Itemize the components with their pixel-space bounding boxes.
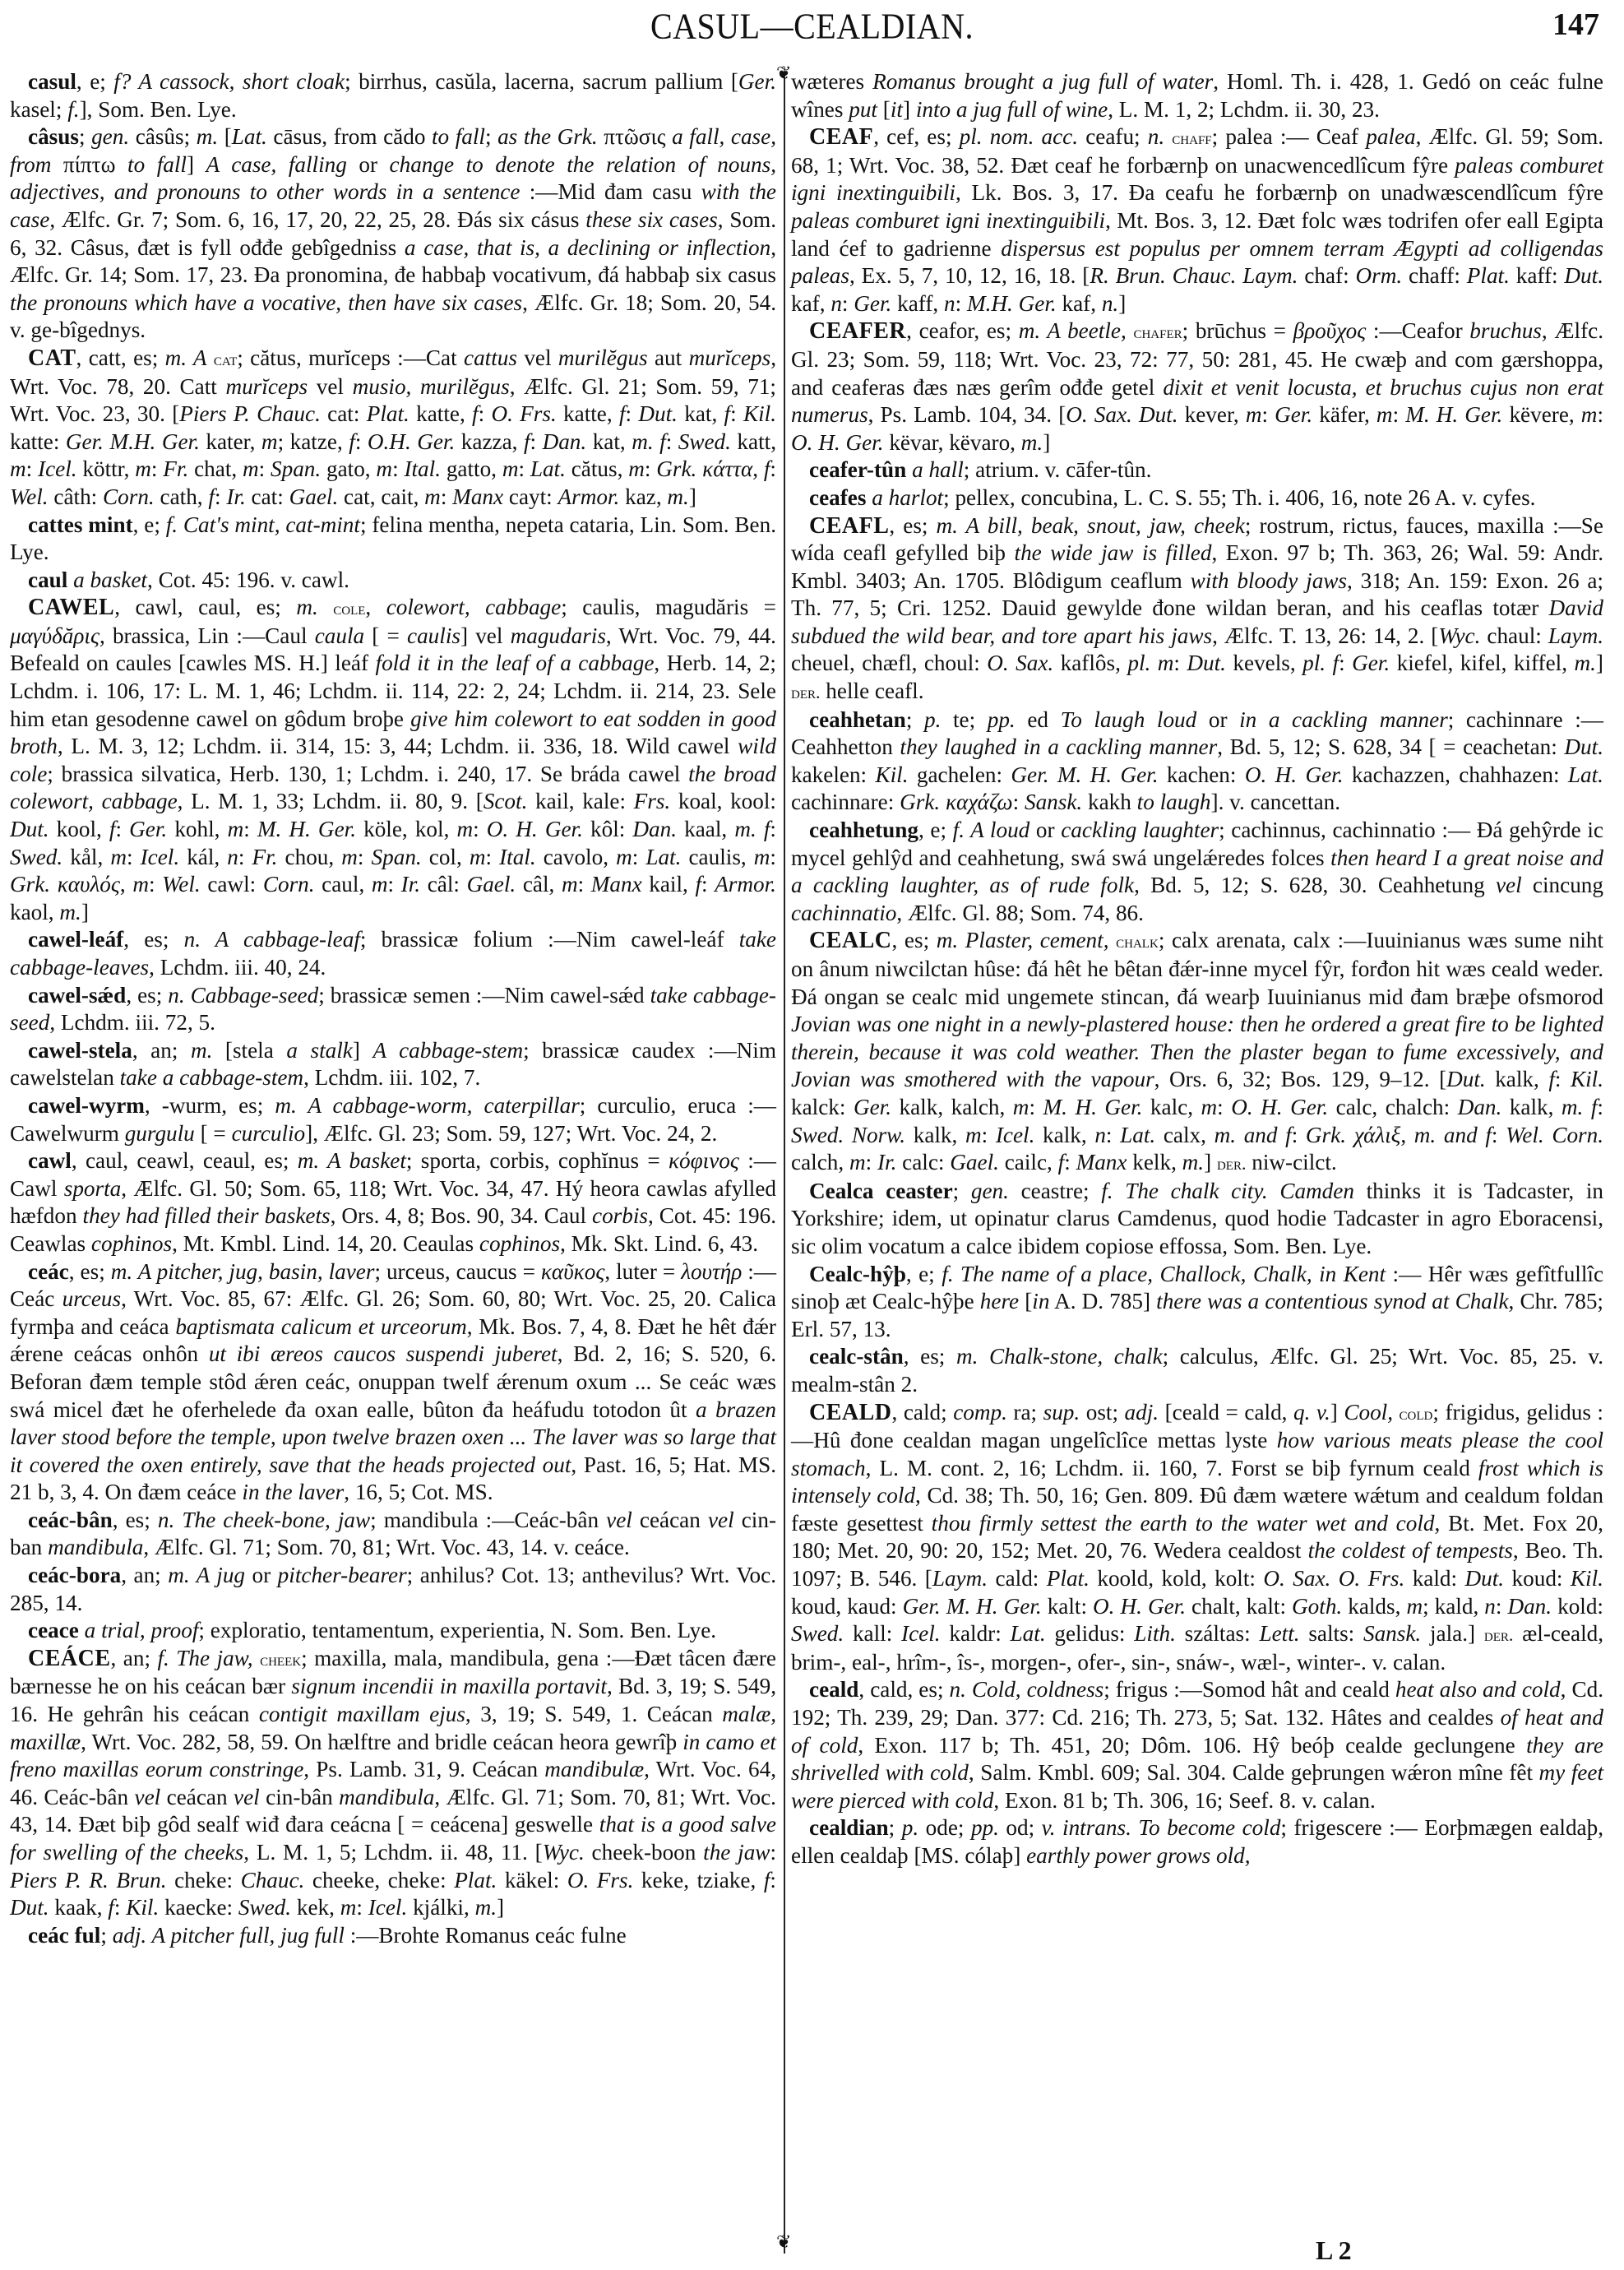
dictionary-entry-casus: câsus; gen. câsûs; m. [Lat. cāsus, from …: [10, 123, 776, 345]
dictionary-entry-cealc: CEALC, es; m. Plaster, cement, chalk; ca…: [791, 927, 1603, 1177]
column-divider: [784, 74, 785, 2254]
dictionary-entry-cawl: cawl, caul, ceawl, ceaul, es; m. A baske…: [10, 1147, 776, 1258]
dictionary-entry-ceace: CEÁCE, an; f. The jaw, cheek; maxilla, m…: [10, 1645, 776, 1922]
dictionary-entry-ceac: ceác, es; m. A pitcher, jug, basin, lave…: [10, 1258, 776, 1507]
running-title: CASUL—CEALDIAN.: [0, 5, 1624, 48]
headword: Cealc-hŷþ: [809, 1262, 906, 1286]
left-column: casul, e; f? A cassock, short cloak; bir…: [10, 68, 776, 1949]
headword: cawel-wyrm: [28, 1093, 145, 1118]
dictionary-entry-cat: CAT, catt, es; m. A cat; cătus, murĭceps…: [10, 345, 776, 512]
dictionary-entry-ceaf: CEAF, cef, es; pl. nom. acc. ceafu; n. c…: [791, 123, 1603, 317]
dictionary-entry-cealdian: cealdian; p. ode; pp. od; v. intrans. To…: [791, 1814, 1603, 1869]
headword: CEALC: [809, 928, 892, 953]
dictionary-entry-ceafl: CEAFL, es; m. A bill, beak, snout, jaw, …: [791, 512, 1603, 706]
dictionary-entry-cawel-leaf: cawel-leáf, es; n. A cabbage-leaf; brass…: [10, 926, 776, 981]
headword: ceác ful: [28, 1923, 100, 1948]
headword: caul: [28, 567, 67, 592]
headword: ceác-bora: [28, 1563, 121, 1587]
dictionary-entry-ceafer: CEAFER, ceafor, es; m. A beetle, chafer;…: [791, 317, 1603, 456]
headword: ceace: [28, 1618, 79, 1642]
dictionary-entry-cealca-ceaster: Cealca ceaster; gen. ceastre; f. The cha…: [791, 1178, 1603, 1261]
headword: CEAFL: [809, 513, 889, 539]
dictionary-entry-ceafer-tun: ceafer-tûn a hall; atrium. v. cāfer-tûn.: [791, 456, 1603, 484]
dictionary-entry-ceafes: ceafes a harlot; pellex, concubina, L. C…: [791, 484, 1603, 512]
headword: cealc-stân: [809, 1344, 904, 1369]
divider-ornament-bottom-icon: ❦: [776, 2233, 791, 2251]
headword: cawel-sǽd: [28, 983, 126, 1008]
headword: CAWEL: [28, 595, 114, 620]
dictionary-entry-cattes-mint: cattes mint, e; f. Cat's mint, cat-mint;…: [10, 512, 776, 567]
dictionary-entry-cawel-stela: cawel-stela, an; m. [stela a stalk] A ca…: [10, 1037, 776, 1092]
headword: CEAFER: [809, 318, 906, 344]
dictionary-entry-ceac-bora: ceác-bora, an; m. A jug or pitcher-beare…: [10, 1562, 776, 1617]
dictionary-entry-cealc-hyth: Cealc-hŷþ, e; f. The name of a place, Ch…: [791, 1261, 1603, 1344]
dictionary-entry-ceac-ful-cont: wæteres Romanus brought a jug full of wa…: [791, 68, 1603, 123]
headword: câsus: [28, 124, 79, 149]
dictionary-entry-ceahhetan: ceahhetan; p. te; pp. ed To laugh loud o…: [791, 706, 1603, 817]
headword: ceác: [28, 1259, 69, 1284]
dictionary-entry-ceald-adj: CEALD, cald; comp. ra; sup. ost; adj. [c…: [791, 1399, 1603, 1677]
headword: ceahhetung: [809, 818, 918, 842]
right-column: wæteres Romanus brought a jug full of wa…: [791, 68, 1603, 1870]
headword: cealdian: [809, 1815, 889, 1840]
signature-mark: L 2: [1316, 2235, 1352, 2266]
page-number: 147: [1552, 7, 1599, 43]
dictionary-entry-cawel: CAWEL, cawl, caul, es; m. cole, colewort…: [10, 594, 776, 926]
dictionary-entry-cawel-wyrm: cawel-wyrm, -wurm, es; m. A cabbage-worm…: [10, 1092, 776, 1147]
dictionary-entry-cawel-saed: cawel-sǽd, es; n. Cabbage-seed; brassicæ…: [10, 982, 776, 1037]
headword: ceafes: [809, 485, 866, 510]
divider-ornament-top-icon: ❦: [776, 64, 791, 82]
headword: CEAF: [809, 124, 873, 150]
headword: CEÁCE: [28, 1646, 111, 1671]
page-header: CASUL—CEALDIAN. 147: [0, 7, 1624, 56]
dictionary-entry-caul: caul a basket, Cot. 45: 196. v. cawl.: [10, 567, 776, 595]
headword: casul: [28, 69, 76, 94]
headword: cawel-stela: [28, 1038, 132, 1063]
headword: ceald: [809, 1677, 858, 1702]
headword: ceahhetan: [809, 707, 906, 732]
headword: CAT: [28, 345, 76, 371]
headword: CEALD: [809, 1400, 892, 1425]
dictionary-entry-ceac-ban: ceác-bân, es; n. The cheek-bone, jaw; ma…: [10, 1507, 776, 1562]
dictionary-entry-cealc-stan: cealc-stân, es; m. Chalk-stone, chalk; c…: [791, 1343, 1603, 1398]
headword: cawel-leáf: [28, 927, 123, 952]
headword: Cealca ceaster: [809, 1179, 953, 1203]
dictionary-entry-ceac-ful: ceác ful; adj. A pitcher full, jug full …: [10, 1922, 776, 1950]
dictionary-entry-ceace-trial: ceace a trial, proof; exploratio, tentam…: [10, 1617, 776, 1645]
headword: ceác-bân: [28, 1508, 113, 1532]
headword: cattes mint: [28, 512, 133, 537]
dictionary-entry-ceahhetung: ceahhetung, e; f. A loud or cackling lau…: [791, 817, 1603, 927]
dictionary-entry-casul: casul, e; f? A cassock, short cloak; bir…: [10, 68, 776, 123]
headword: cawl: [28, 1148, 72, 1173]
headword: ceafer-tûn: [809, 457, 906, 482]
dictionary-entry-ceald-noun: ceald, cald, es; n. Cold, coldness; frig…: [791, 1676, 1603, 1814]
